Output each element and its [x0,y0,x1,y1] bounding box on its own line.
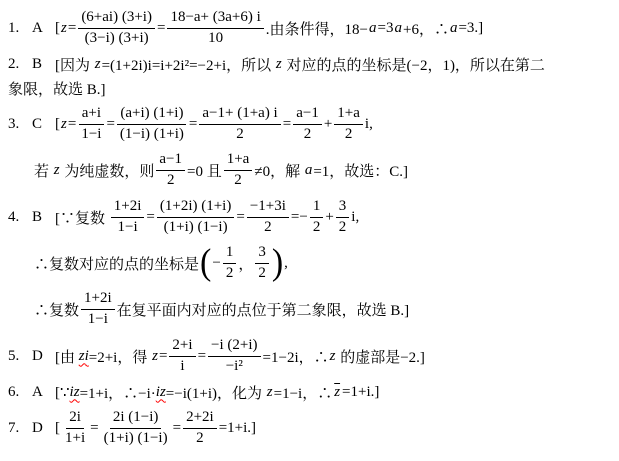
fraction-denominator: 2 [261,218,275,236]
fraction-denominator: (1−i) (1+i) [117,125,187,143]
text-run: =3.] [458,20,483,37]
text-run: 象限，故选 B.] [8,78,106,99]
fraction-numerator: 1+a [224,151,253,170]
document-page: 1.A[z=(6+ai) (3+i)(3−i) (3+i)=18−a+ (3a+… [0,0,619,461]
fraction: (1+2i) (1+i)(1+i) (1−i) [157,198,234,236]
problem-item: 2.B[因为 z=(1+2i)i=i+2i²=−2+i，所以 z 对应的点的坐标… [8,52,615,100]
text-run: [由 [55,346,79,367]
text-run: [因为 [55,54,94,75]
math-line: 4.B[∵复数 1+2i1−i=(1+2i) (1+i)(1+i) (1−i)=… [8,194,615,240]
spellcheck-underlined-text: iz [156,384,166,401]
problem-number: 5. [8,348,32,365]
problem-item: 1.A[z=(6+ai) (3+i)(3−i) (3+i)=18−a+ (3a+… [8,5,615,51]
text-run: =0 且 [187,160,222,181]
text-run: =1−2i，∴ [263,346,329,367]
math-line: 若 z 为纯虚数，则a−12=0 且1+a2≠0，解 a=1，故选：C.] [34,147,615,193]
text-run: i, [351,209,359,226]
text-run: = [157,20,165,37]
text-run: =1，故选：C.] [313,160,408,181]
answer-letter: D [32,348,55,365]
fraction-numerator: a−1 [156,151,185,170]
problem-number: 2. [8,56,32,73]
fraction-numerator: 1 [223,244,237,263]
text-run: =(1+2i)i=i+2i²=−2+i，所以 [102,54,275,75]
text-run: ≠0，解 [254,160,303,181]
text-run: [ [55,420,60,437]
fraction-numerator: 3 [336,198,350,217]
problem-item: 6.A[∵iz=1+i，∴−i·iz=−i(1+i)，化为 z=1−i，∴z=1… [8,380,615,404]
problem-item: 7.D[2i1+i=2i (1−i)(1+i) (1−i)=2+2i2=1+i.… [8,405,615,451]
text-run: [∵ [55,383,70,402]
text-run: ∴复数对应的点的坐标是 [34,253,199,274]
text-run: = [106,116,114,133]
fraction-denominator: 1−i [78,125,104,143]
fraction: a−12 [156,151,185,189]
fraction-numerator: 2i [66,409,84,428]
problem-number: 3. [8,116,32,133]
text-run: =− [291,209,308,226]
text-run: i, [365,116,373,133]
fraction-denominator: 1−i [115,218,141,236]
fraction-numerator: 1+2i [81,290,115,309]
fraction-denominator: 2 [231,171,245,189]
variable: z [329,348,337,365]
fraction-denominator: 2 [301,125,315,143]
answer-letter: D [32,420,55,437]
text-run: =1+i，∴−i· [80,382,156,403]
fraction-denominator: (3−i) (3+i) [82,29,152,47]
fraction-numerator: 1 [310,198,324,217]
problem-number: 4. [8,209,32,226]
problem-item: 4.B[∵复数 1+2i1−i=(1+2i) (1+i)(1+i) (1−i)=… [8,194,615,332]
conjugate-overline-text: z [332,384,342,401]
fraction: (a+i) (1+i)(1−i) (1+i) [117,105,187,143]
fraction-numerator: (1+2i) (1+i) [157,198,234,217]
text-run: − [212,255,220,272]
fraction: 2i (1−i)(1+i) (1−i) [101,409,171,447]
math-line: 1.A[z=(6+ai) (3+i)(3−i) (3+i)=18−a+ (3a+… [8,5,615,51]
answer-letter: A [32,384,55,401]
math-line: 3.C[z=a+i1−i=(a+i) (1+i)(1−i) (1+i)=a−1+… [8,101,615,147]
fraction: 1+2i1−i [111,198,145,236]
answer-letter: B [32,209,55,226]
text-run: +6，∴ [403,18,449,39]
problem-number: 7. [8,420,32,437]
text-run: 对应的点的坐标是(−2，1)，所以在第二 [283,54,545,75]
text-run: 在复平面内对应的点位于第二象限，故选 B.] [117,299,410,320]
text-run: , [284,255,288,272]
fraction: 12 [223,244,237,282]
math-line: 2.B[因为 z=(1+2i)i=i+2i²=−2+i，所以 z 对应的点的坐标… [8,52,615,76]
fraction: (6+ai) (3+i)(3−i) (3+i) [78,9,155,47]
text-run: + [324,116,332,133]
fraction-numerator: 2i (1−i) [110,409,162,428]
math-line: 7.D[2i1+i=2i (1−i)(1+i) (1−i)=2+2i2=1+i.… [8,405,615,451]
fraction-numerator: (a+i) (1+i) [117,105,186,124]
fraction-denominator: 2 [164,171,178,189]
text-run: .由条件得，18− [266,18,368,39]
problem-number: 6. [8,384,32,401]
fraction-denominator: (1+i) (1−i) [101,429,171,447]
text-run: = [146,209,154,226]
fraction-denominator: −i² [223,357,246,375]
answer-letter: B [32,56,55,73]
fraction-denominator: 2 [342,125,356,143]
fraction-numerator: (6+ai) (3+i) [78,9,155,28]
text-run: ， [238,253,253,274]
text-run: = [68,116,76,133]
answer-letter: A [32,20,55,37]
variable: a [449,20,459,37]
text-run: + [325,209,333,226]
spellcheck-underlined-text: iz [70,384,80,401]
text-run: 的虚部是−2.] [336,346,424,367]
variable: z [53,162,61,179]
fraction: 32 [255,244,269,282]
text-run: = [236,209,244,226]
variable: z [60,20,68,37]
fraction: 12 [310,198,324,236]
problem-item: 5.D[由 zi=2+i，得 z=2+ii=−i (2+i)−i²=1−2i，∴… [8,333,615,379]
text-run: =−i(1+i)，化为 [166,382,266,403]
fraction-denominator: 2 [310,218,324,236]
text-run: = [90,420,98,437]
fraction-denominator: 2 [255,264,269,282]
fraction-denominator: 2 [336,218,350,236]
variable: a [368,20,378,37]
text-run: = [68,20,76,37]
fraction: 1+2i1−i [81,290,115,328]
text-run: ∴复数 [34,299,79,320]
fraction-numerator: 18−a+ (3a+6) i [167,9,263,28]
text-run: = [189,116,197,133]
problem-item: 3.C[z=a+i1−i=(a+i) (1+i)(1−i) (1+i)=a−1+… [8,101,615,193]
fraction-numerator: a+i [79,105,104,124]
fraction-numerator: 2+2i [183,409,217,428]
text-run: = [173,420,181,437]
fraction-numerator: −1+3i [247,198,289,217]
fraction-numerator: −i (2+i) [208,337,261,356]
fraction: a−12 [293,105,322,143]
fraction: a+i1−i [78,105,104,143]
answer-letter: C [32,116,55,133]
big-paren: ) [272,245,283,282]
fraction: 2+2i2 [183,409,217,447]
variable: z [266,384,274,401]
fraction-denominator: 10 [205,29,226,47]
fraction-numerator: 1+2i [111,198,145,217]
fraction-denominator: 1+i [62,429,88,447]
spellcheck-underlined-text: zi [79,348,89,365]
variable: z [151,348,159,365]
variable: a [304,162,314,179]
text-run: = [283,116,291,133]
fraction: a−1+ (1+a) i2 [199,105,280,143]
math-line: 象限，故选 B.] [8,76,615,100]
fraction-denominator: (1+i) (1−i) [161,218,231,236]
text-run: 为纯虚数，则 [61,160,155,181]
math-line: ∴复数1+2i1−i在复平面内对应的点位于第二象限，故选 B.] [34,286,615,332]
text-run: =1+i.] [342,384,379,401]
fraction-denominator: 2 [193,429,207,447]
variable: z [275,56,283,73]
math-line: 6.A[∵iz=1+i，∴−i·iz=−i(1+i)，化为 z=1−i，∴z=1… [8,380,615,404]
fraction-denominator: i [177,357,187,375]
fraction-numerator: a−1+ (1+a) i [199,105,280,124]
text-run: = [198,348,206,365]
math-line: 5.D[由 zi=2+i，得 z=2+ii=−i (2+i)−i²=1−2i，∴… [8,333,615,379]
variable: z [94,56,102,73]
fraction-denominator: 2 [223,264,237,282]
text-run: = [159,348,167,365]
fraction: 1+a2 [334,105,363,143]
text-run: =1−i，∴ [274,382,333,403]
fraction: 18−a+ (3a+6) i10 [167,9,263,47]
fraction: −1+3i2 [247,198,289,236]
variable: z [60,116,68,133]
big-paren: ( [200,245,211,282]
text-run: =3 [378,20,394,37]
text-run: 若 [34,160,53,181]
fraction: 1+a2 [224,151,253,189]
fraction-numerator: 3 [255,244,269,263]
problem-number: 1. [8,20,32,37]
text-run: =2+i，得 [89,346,151,367]
fraction-numerator: 1+a [334,105,363,124]
math-line: ∴复数对应的点的坐标是(−12，32), [34,240,615,286]
fraction: 2i1+i [62,409,88,447]
fraction: −i (2+i)−i² [208,337,261,375]
fraction: 2+ii [169,337,195,375]
variable: a [393,20,403,37]
fraction-denominator: 2 [233,125,247,143]
fraction: 32 [336,198,350,236]
text-run: [∵复数 [55,207,109,228]
fraction-numerator: a−1 [293,105,322,124]
fraction-denominator: 1−i [85,310,111,328]
text-run: =1+i.] [219,420,256,437]
fraction-numerator: 2+i [169,337,195,356]
